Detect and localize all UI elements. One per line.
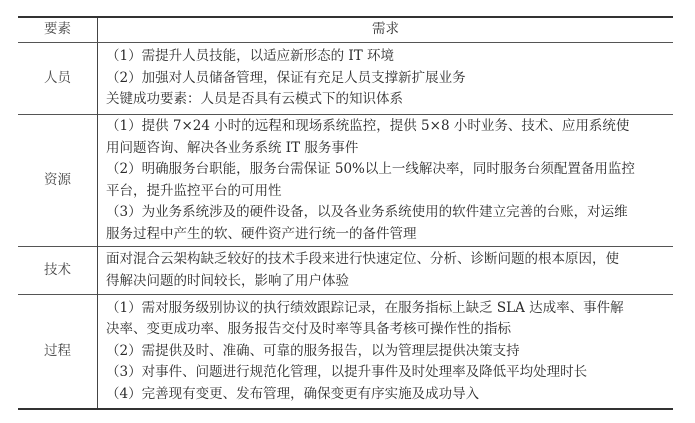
requirement-line: 面对混合云架构缺乏较好的技术手段来进行快速定位、分析、诊断问题的根本原因，使 (106, 249, 667, 271)
requirement-line: （2）加强对人员储备管理，保证有充足人员支撑新扩展业务 (106, 68, 667, 90)
table-row-people: 人员 （1）需提升人员技能，以适应新形态的 IT 环境 （2）加强对人员储备管理… (18, 43, 673, 115)
requirement-line: 服务过程中产生的软、硬件资产进行统一的备件管理 (106, 224, 667, 246)
requirement-line: （1）需对服务级别协议的执行绩效跟踪记录，在服务指标上缺乏 SLA 达成率、事件… (106, 298, 667, 320)
header-row: 要素 需求 (18, 17, 673, 43)
row-element: 人员 (18, 43, 98, 115)
requirement-line: （1）需提升人员技能，以适应新形态的 IT 环境 (106, 46, 667, 68)
requirement-line: 决率、变更成功率、服务报告交付及时率等具备考核可操作性的指标 (106, 319, 667, 341)
requirement-line: 平台，提升监控平台的可用性 (106, 181, 667, 203)
row-requirements: （1）需对服务级别协议的执行绩效跟踪记录，在服务指标上缺乏 SLA 达成率、事件… (98, 295, 674, 410)
table-row-process: 过程 （1）需对服务级别协议的执行绩效跟踪记录，在服务指标上缺乏 SLA 达成率… (18, 295, 673, 410)
header-element: 要素 (18, 17, 98, 43)
requirement-line: 得解决问题的时间较长，影响了用户体验 (106, 271, 667, 293)
requirement-line: （1）提供 7×24 小时的远程和现场系统监控，提供 5×8 小时业务、技术、应… (106, 116, 667, 138)
table-row-technology: 技术 面对混合云架构缺乏较好的技术手段来进行快速定位、分析、诊断问题的根本原因，… (18, 247, 673, 295)
requirement-line: 关键成功要素：人员是否具有云模式下的知识体系 (106, 89, 667, 111)
requirement-line: （2）需提供及时、准确、可靠的服务报告，以为管理层提供决策支持 (106, 341, 667, 363)
row-element: 资源 (18, 115, 98, 247)
requirement-line: （3）为业务系统涉及的硬件设备，以及各业务系统使用的软件建立完善的台账，对运维 (106, 202, 667, 224)
row-requirements: 面对混合云架构缺乏较好的技术手段来进行快速定位、分析、诊断问题的根本原因，使 得… (98, 247, 674, 295)
table-row-resources: 资源 （1）提供 7×24 小时的远程和现场系统监控，提供 5×8 小时业务、技… (18, 115, 673, 247)
requirements-table: 要素 需求 人员 （1）需提升人员技能，以适应新形态的 IT 环境 （2）加强对… (18, 16, 673, 410)
requirement-line: （2）明确服务台职能，服务台需保证 50%以上一线解决率，同时服务台须配置备用监… (106, 159, 667, 181)
requirement-line: （4）完善现有变更、发布管理，确保变更有序实施及成功导入 (106, 384, 667, 406)
row-element: 过程 (18, 295, 98, 410)
row-requirements: （1）提供 7×24 小时的远程和现场系统监控，提供 5×8 小时业务、技术、应… (98, 115, 674, 247)
requirement-line: 用问题咨询、解决各业务系统 IT 服务事件 (106, 138, 667, 160)
header-requirement: 需求 (98, 17, 674, 43)
requirement-line: （3）对事件、问题进行规范化管理，以提升事件及时处理率及降低平均处理时长 (106, 362, 667, 384)
row-element: 技术 (18, 247, 98, 295)
row-requirements: （1）需提升人员技能，以适应新形态的 IT 环境 （2）加强对人员储备管理，保证… (98, 43, 674, 115)
